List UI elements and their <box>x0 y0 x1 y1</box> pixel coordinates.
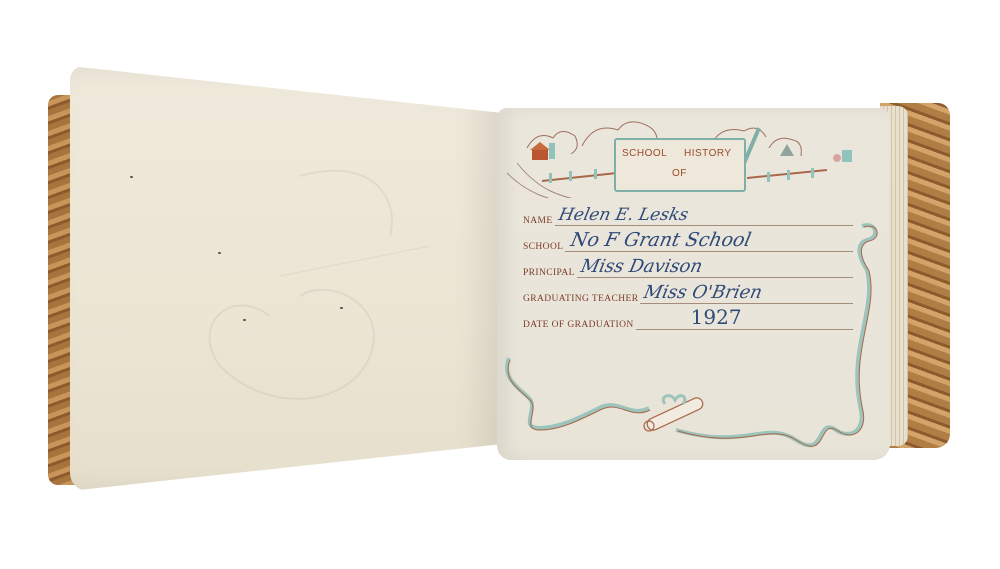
school-history-page: SCHOOL HISTORY OF Name Helen E. Lesks Sc… <box>497 108 890 460</box>
ribbon-border-icon <box>497 108 890 460</box>
photo-scene: SCHOOL HISTORY OF Name Helen E. Lesks Sc… <box>0 0 1000 569</box>
embossed-monogram-icon <box>70 66 500 491</box>
diploma-scroll-icon <box>644 396 705 432</box>
left-blank-page <box>70 66 500 491</box>
